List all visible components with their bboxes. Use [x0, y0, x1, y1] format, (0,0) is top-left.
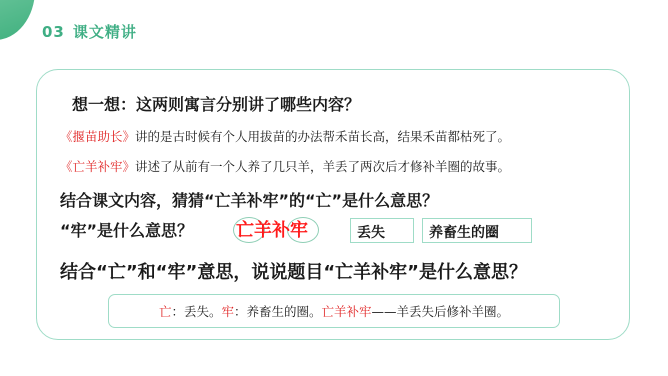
final-answer-box: 亡：丢失。牢：养畜生的圈。亡羊补牢——羊丢失后修补羊圈。	[108, 294, 560, 328]
question-lao: “牢”是什么意思？	[60, 218, 193, 241]
section-title-text: 课文精讲	[73, 23, 137, 41]
answer-lao-box: 养畜生的圈	[422, 218, 532, 243]
final-val-idiom: ——羊丢失后修补羊圈。	[372, 302, 510, 320]
story-1-text: 讲的是古时候有个人用拔苗的办法帮禾苗长高，结果禾苗都枯死了。	[135, 129, 510, 144]
final-val-wang: ：丢失。	[171, 302, 221, 320]
story-2-line: 《亡羊补牢》讲述了从前有一个人养了几只羊，羊丢了两次后才修补羊圈的故事。	[60, 157, 510, 175]
final-key-wang: 亡	[159, 302, 172, 320]
section-number: 03	[42, 23, 65, 41]
final-key-idiom: 亡羊补牢	[322, 302, 372, 320]
story-1-title: 《揠苗助长》	[60, 129, 135, 144]
question-think: 想一想：这两则寓言分别讲了哪些内容？	[72, 92, 360, 115]
idiom-highlight: 亡羊补牢	[236, 216, 308, 242]
question-wang: 结合课文内容，猜猜“亡羊补牢”的“亡”是什么意思？	[60, 188, 438, 211]
section-title: 03课文精讲	[42, 21, 137, 42]
decorative-circle	[0, 0, 35, 40]
final-val-lao: ：养畜生的圈。	[234, 302, 322, 320]
story-2-title: 《亡羊补牢》	[60, 159, 135, 174]
question-meaning: 结合“亡”和“牢”意思，说说题目“亡羊补牢”是什么意思？	[60, 258, 527, 284]
story-1-line: 《揠苗助长》讲的是古时候有个人用拔苗的办法帮禾苗长高，结果禾苗都枯死了。	[60, 127, 510, 145]
story-2-text: 讲述了从前有一个人养了几只羊，羊丢了两次后才修补羊圈的故事。	[135, 159, 510, 174]
final-key-lao: 牢	[221, 302, 234, 320]
answer-wang-box: 丢失	[350, 218, 414, 243]
